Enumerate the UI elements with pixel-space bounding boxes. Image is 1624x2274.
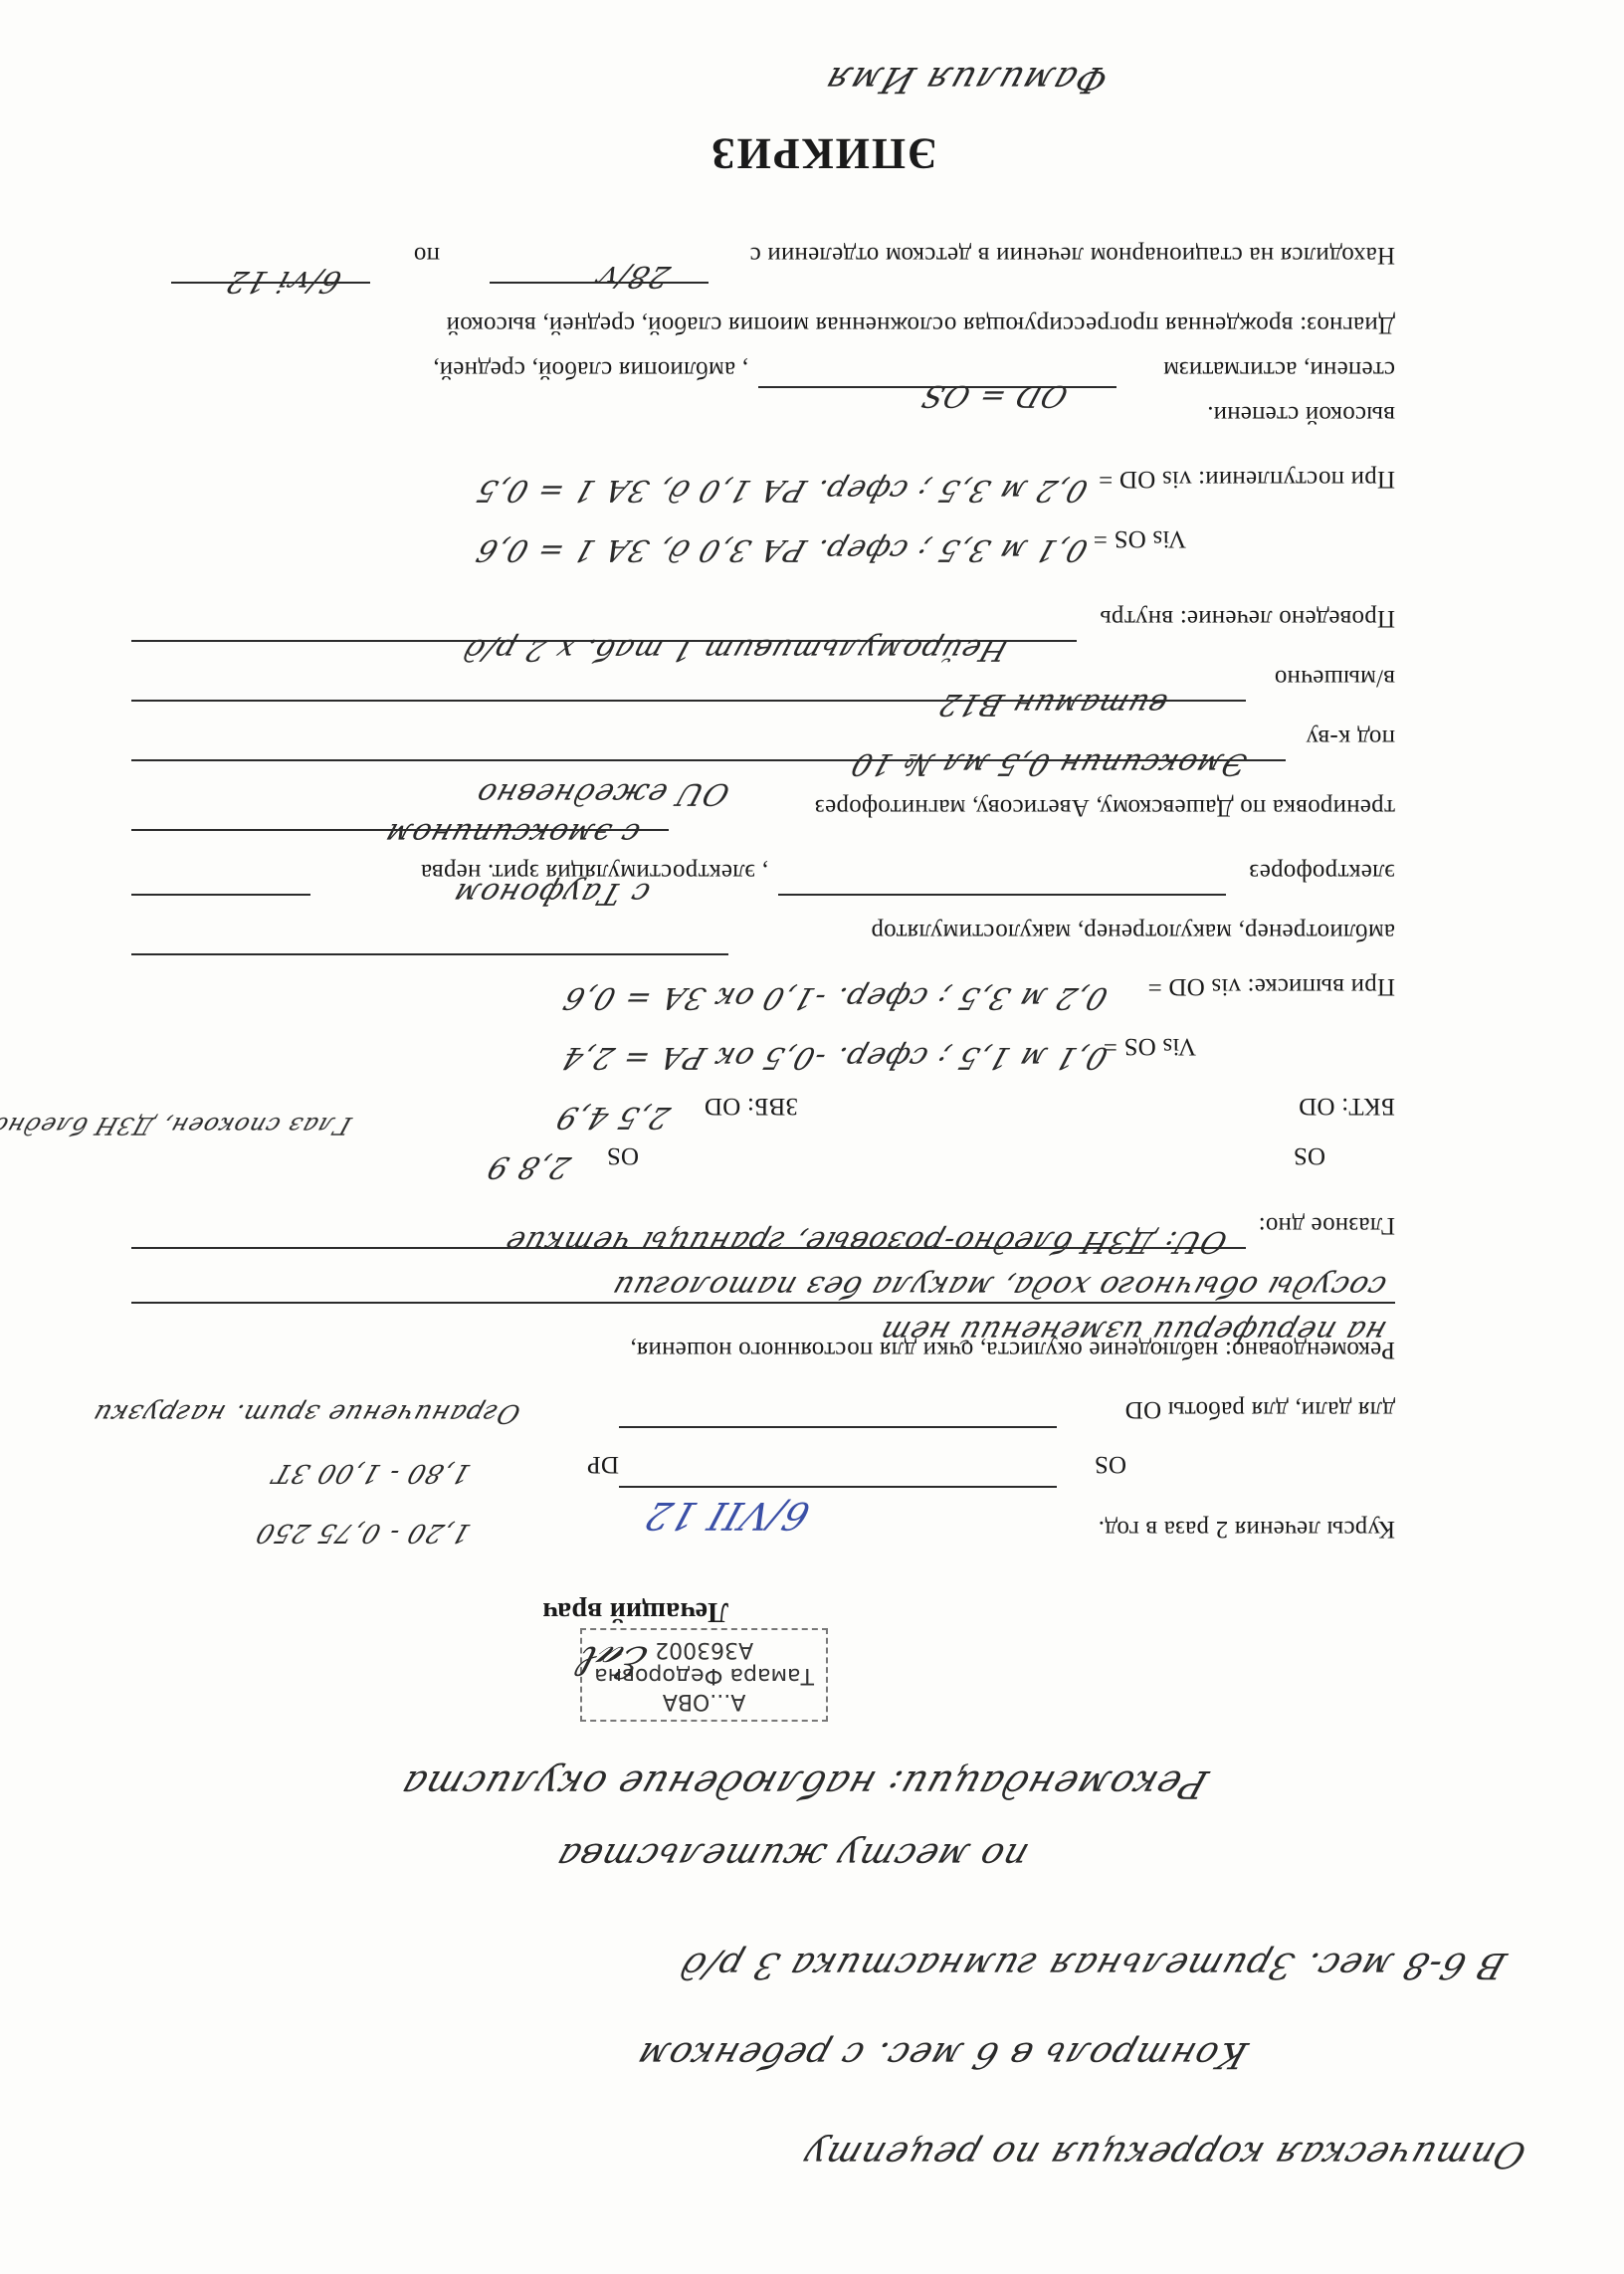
zvb-label: ЗВБ: OD — [705, 1092, 798, 1120]
diagnosis-line3: высокой степени. — [1207, 400, 1395, 428]
admission-od-label: При поступлении: vis OD = — [1099, 465, 1395, 493]
stay-to-label: по — [414, 241, 440, 269]
treatment-ambly-line — [131, 953, 728, 955]
treatment-subconj-handwriting: Эмоксипин 0,5 мл № 10 — [847, 746, 1252, 781]
treatment-training-label: тренировка по Дашевскому, Аветисову, маг… — [815, 793, 1395, 821]
bkt-os-label: OS — [1294, 1141, 1325, 1169]
doctor-label: Лечащий врач — [542, 1595, 728, 1627]
stay-to-handwriting: 6/ѵi 12 — [221, 264, 345, 299]
diagnosis-label: Диагноз: врожденная прогрессирующая осло… — [446, 310, 1395, 338]
diagnosis-line2-end: , амблиопия слабой, средней, — [433, 355, 748, 383]
astigmatism-handwriting: OD = OS — [916, 378, 1072, 413]
far-work-label: для дали, для работы OD — [1125, 1395, 1395, 1423]
treatment-electro-end-line — [131, 894, 310, 896]
stay-from-handwriting: 28/ѵ — [591, 259, 675, 294]
document-page: Фамилия Имя ЭПИКРИЗ Находился на стацион… — [0, 0, 1624, 2274]
zvb-os-label: OS — [607, 1141, 639, 1169]
bottom-handwriting-5: Оптическая коррекция по рецепту — [797, 2134, 1530, 2174]
treatment-subconj-label: под к-ву — [1306, 724, 1395, 751]
discharge-od-label: При выписке: vis OD = — [1147, 972, 1395, 1000]
fundus-line-2 — [131, 1302, 1395, 1304]
bottom-handwriting-1: Рекомендации: наблюдение окулиста — [395, 1762, 1213, 1806]
zvb-os-handwriting: 2,8 9 — [483, 1149, 575, 1184]
diagnosis-line1: врожденная прогрессирующая осложненная м… — [446, 311, 1293, 338]
treatment-ambly-label: амблиотренер, макулотренер, макулостимул… — [871, 918, 1395, 945]
fundus-line-1 — [131, 1247, 1246, 1249]
discharge-os-handwriting: 0,1 м 1,5 ; сфер. -0,5 ок РА = 2,4 — [557, 1040, 1113, 1075]
treatment-electro-label: электрофорез — [1249, 858, 1395, 886]
treatment-internal-handwriting: Нейромультивит 1 таб. х 2 р/д — [459, 632, 1013, 667]
admission-od-handwriting: 0,2 м 3,5 ; сфер. РА 1,0 д, ЗА 1 = 0,5 — [472, 473, 1093, 508]
admission-os-label: Vis OS = — [1094, 524, 1186, 552]
recommendation-side-handwriting-3: 1,20 - 0,75 250 — [252, 1518, 475, 1548]
diagnosis-line2: степени, астигматизм — [1163, 355, 1395, 383]
patient-name-handwriting: Фамилия Имя — [819, 59, 1113, 100]
admission-os-handwriting: 0,1 м 3,5 ; сфер. РА 3,0 д, ЗА 1 = 0,6 — [472, 532, 1093, 567]
recommendation-side-handwriting-2: 1,80 - 1,00 3Т — [269, 1458, 475, 1488]
treatment-im-handwriting: витамин В12 — [933, 687, 1171, 722]
treatment-electro-handwriting: с Тауфоном — [448, 876, 654, 911]
fundus-handwriting-2: сосуды обычного хода, макула без патолог… — [607, 1269, 1391, 1304]
dp-label: DP — [587, 1450, 619, 1478]
bottom-handwriting-3: В 6-8 мес. Зрительная гимнастика 3 р/д — [675, 1945, 1512, 1985]
diagnosis-label-text: Диагноз: — [1300, 311, 1395, 338]
discharge-od-handwriting: 0,2 м 3,5 ; сфер. -1,0 ок ЗА = 0,6 — [558, 980, 1112, 1015]
treatment-label: Проведено лечение: внутрь — [1100, 604, 1395, 632]
far-os-line — [619, 1486, 1057, 1488]
recommendations-label: Рекомендовано: наблюдение окулиста, очки… — [630, 1336, 1395, 1363]
document-title: ЭПИКРИЗ — [710, 128, 937, 179]
courses-text: Курсы лечения 2 раза в год. — [1099, 1515, 1395, 1543]
bottom-handwriting-4: Контроль в 6 мес. с ребенком — [631, 2034, 1252, 2075]
bottom-handwriting-2: по месту жительства — [550, 1835, 1033, 1876]
treatment-subconj-handwriting-2: OU ежедневно — [471, 776, 733, 811]
discharge-note-handwriting: Глаз спокоен, ДЗН бледно-розовый, границ… — [0, 1112, 355, 1139]
bkt-label: БКТ: OD — [1299, 1092, 1395, 1120]
treatment-electro-line — [778, 894, 1226, 896]
treatment-training-handwriting: с эмоксипином — [380, 816, 645, 851]
date-handwriting: 6/VII 12 — [639, 1494, 815, 1538]
stay-label: Находился на стационарном лечении в детс… — [749, 241, 1395, 269]
zvb-od-handwriting: 2,5 4,9 — [551, 1100, 674, 1135]
fundus-label: Глазное дно: — [1259, 1211, 1396, 1239]
treatment-im-label: в/мышечно — [1275, 664, 1395, 692]
far-os-label: OS — [1095, 1450, 1126, 1478]
far-od-line — [619, 1426, 1057, 1428]
stamp-line-1: А...ОВА — [594, 1688, 814, 1714]
recommendation-side-handwriting-1: Ограничение зрит. нагрузки — [89, 1398, 524, 1428]
fundus-handwriting-1: OU: ДЗН бледно-розовые, границы четкие — [500, 1224, 1231, 1259]
discharge-os-label: Vis OS = — [1104, 1032, 1196, 1060]
